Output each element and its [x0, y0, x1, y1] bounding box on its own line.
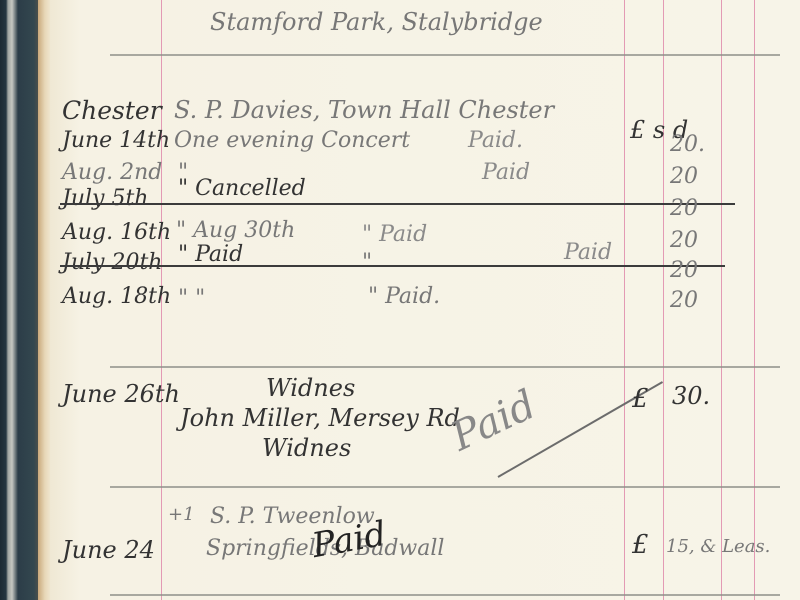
entry-place: Widnes [266, 374, 355, 402]
fee: 15, & Leas. [666, 536, 770, 557]
money-rule-4 [754, 0, 755, 600]
paid-stamp: Paid [444, 382, 543, 461]
entry-note: " [362, 250, 372, 275]
top-address: Stamford Park, Stalybridge [210, 8, 543, 36]
fee: 20. [670, 132, 705, 157]
money-rule-2 [663, 0, 664, 600]
entry-side-note: Paid [564, 240, 612, 265]
entry-contact: John Miller, Mersey Rd [180, 404, 460, 432]
entry-date: July 5th [62, 186, 148, 211]
fee: 20 [670, 288, 698, 313]
entry-note: " Paid [362, 222, 427, 247]
entry-date: June 14th [62, 128, 170, 153]
entry-date: Aug. 16th [62, 220, 171, 245]
fee: 30. [672, 382, 710, 410]
entry-contact-town: Widnes [262, 434, 351, 462]
row-divider [110, 366, 780, 368]
row-divider [110, 594, 780, 596]
entry-note: Paid. [468, 128, 523, 153]
fee: 20 [670, 228, 698, 253]
entry-note: Paid [482, 160, 530, 185]
currency-mark: £ [632, 530, 649, 560]
entry-place: Chester [62, 96, 162, 125]
strikethrough-line [60, 203, 735, 205]
strikethrough-line [60, 265, 725, 267]
ledger-page: Stamford Park, Stalybridge Chester S. P.… [50, 0, 800, 600]
entry-date: July 20th [62, 250, 162, 275]
currency-mark: £ [632, 384, 649, 414]
entry-detail: " Aug 30th [176, 218, 295, 243]
entry-detail: " Paid [178, 242, 243, 267]
fee: 20 [670, 258, 698, 283]
entry-date: June 24 [62, 536, 155, 564]
entry-prefix: +1 [168, 504, 195, 525]
entry-note: " Paid. [368, 284, 440, 309]
row-divider [110, 486, 780, 488]
entry-contact: S. P. Davies, Town Hall Chester [174, 96, 554, 124]
fee: 20 [670, 196, 698, 221]
entry-detail: " " [178, 286, 205, 311]
entry-date: June 26th [62, 380, 180, 408]
book-binding [0, 0, 40, 600]
entry-date: Aug. 18th [62, 284, 171, 309]
entry-date: Aug. 2nd [62, 160, 162, 185]
entry-detail: One evening Concert [174, 128, 410, 153]
money-rule-3 [721, 0, 722, 600]
money-rule-1 [624, 0, 625, 600]
fee: 20 [670, 164, 698, 189]
entry-detail: " Cancelled [178, 176, 306, 201]
row-divider [110, 54, 780, 56]
